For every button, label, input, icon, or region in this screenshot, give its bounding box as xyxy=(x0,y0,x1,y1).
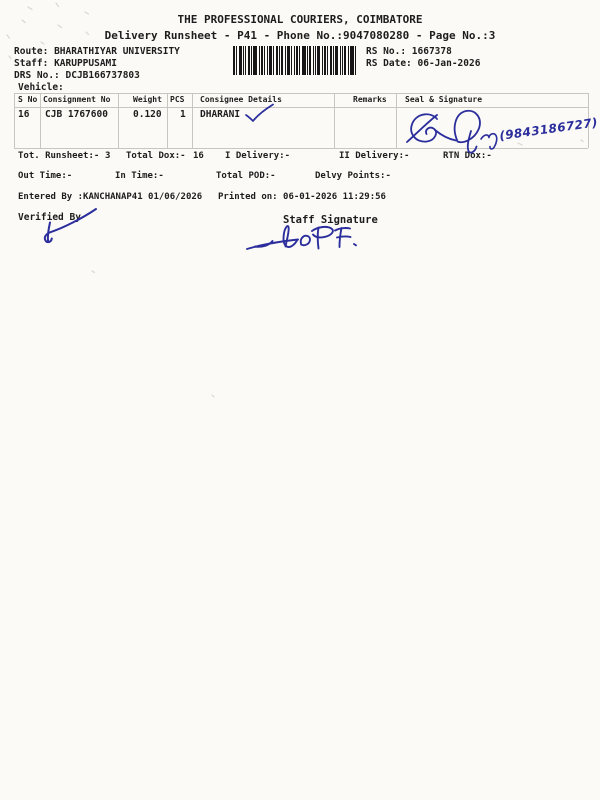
scanned-delivery-runsheet: THE PROFESSIONAL COURIERS, COIMBATORE De… xyxy=(0,0,600,800)
col-header-consignee-details: Consignee Details xyxy=(200,96,282,104)
page-subtitle: Delivery Runsheet - P41 - Phone No.:9047… xyxy=(0,30,600,41)
staff-label: Staff: xyxy=(14,58,48,69)
i-delivery-label: I Delivery:- xyxy=(225,152,290,161)
rs-barcode xyxy=(233,46,361,75)
route-label: Route: xyxy=(14,46,48,57)
table-divider-pcs xyxy=(192,93,193,148)
rs-date-label: RS Date: xyxy=(366,58,412,69)
rs-no-line: RS No.: 1667378 xyxy=(366,47,452,57)
rs-date-line: RS Date: 06-Jan-2026 xyxy=(366,59,480,69)
table-border-left xyxy=(14,93,15,148)
table-divider-consignee xyxy=(334,93,335,148)
table-border-top xyxy=(14,93,588,94)
seal-phone-note: (9843186727) xyxy=(498,115,598,143)
col-header-remarks: Remarks xyxy=(353,96,387,104)
verified-by-label: Verified By xyxy=(18,213,81,223)
col-header-weight: Weight xyxy=(133,96,162,104)
table-header-separator xyxy=(14,107,588,108)
row-consignment-no: CJB 1767600 xyxy=(45,110,108,120)
staff-line: Staff: KARUPPUSAMI xyxy=(14,59,117,69)
drs-label: DRS No.: xyxy=(14,70,60,81)
staff-signature-ink-icon xyxy=(247,226,356,249)
entered-by-line: Entered By :KANCHANAP41 01/06/2026 xyxy=(18,193,202,202)
staff-signature-label: Staff Signature xyxy=(283,215,378,226)
tot-runsheet-label: Tot. Runsheet:- xyxy=(18,152,99,161)
row-s-no: 16 xyxy=(18,110,29,120)
table-divider-consignment xyxy=(118,93,119,148)
table-divider-remarks xyxy=(396,93,397,148)
total-pod-label: Total POD:- xyxy=(216,172,276,181)
rs-no-label: RS No.: xyxy=(366,46,406,57)
tot-runsheet-value: 3 xyxy=(105,152,110,161)
printed-on-line: Printed on: 06-01-2026 11:29:56 xyxy=(218,193,386,202)
col-header-consignment-no: Consignment No xyxy=(43,96,110,104)
rs-date-value: 06-Jan-2026 xyxy=(418,58,481,69)
table-divider-sno xyxy=(40,93,41,148)
table-border-right xyxy=(588,93,589,148)
drs-line: DRS No.: DCJB166737803 xyxy=(14,71,140,81)
table-divider-weight xyxy=(167,93,168,148)
col-header-seal-signature: Seal & Signature xyxy=(405,96,482,104)
total-dox-label: Total Dox:- xyxy=(126,152,186,161)
rs-no-value: 1667378 xyxy=(412,46,452,57)
in-time-label: In Time:- xyxy=(115,172,164,181)
row-consignee: DHARANI xyxy=(200,110,240,120)
out-time-label: Out Time:- xyxy=(18,172,72,181)
barcode-image xyxy=(233,46,361,75)
drs-value: DCJB166737803 xyxy=(66,70,140,81)
total-dox-value: 16 xyxy=(193,152,204,161)
col-header-s-no: S No xyxy=(18,96,37,104)
vehicle-label: Vehicle: xyxy=(18,82,64,93)
table-border-bottom xyxy=(14,148,588,149)
page-title: THE PROFESSIONAL COURIERS, COIMBATORE xyxy=(0,14,600,25)
vehicle-line: Vehicle: xyxy=(18,83,64,93)
route-value: BHARATHIYAR UNIVERSITY xyxy=(54,46,180,57)
col-header-pcs: PCS xyxy=(170,96,184,104)
row-weight: 0.120 xyxy=(133,110,162,120)
staff-value: KARUPPUSAMI xyxy=(54,58,117,69)
rtn-dox-label: RTN Dox:- xyxy=(443,152,492,161)
route-line: Route: BHARATHIYAR UNIVERSITY xyxy=(14,47,180,57)
ink-overlay: (9843186727) xyxy=(0,0,600,800)
delvy-points-label: Delvy Points:- xyxy=(315,172,391,181)
seal-signature-ink-icon: (9843186727) xyxy=(407,111,599,153)
ii-delivery-label: II Delivery:- xyxy=(339,152,409,161)
row-pcs: 1 xyxy=(180,110,186,120)
